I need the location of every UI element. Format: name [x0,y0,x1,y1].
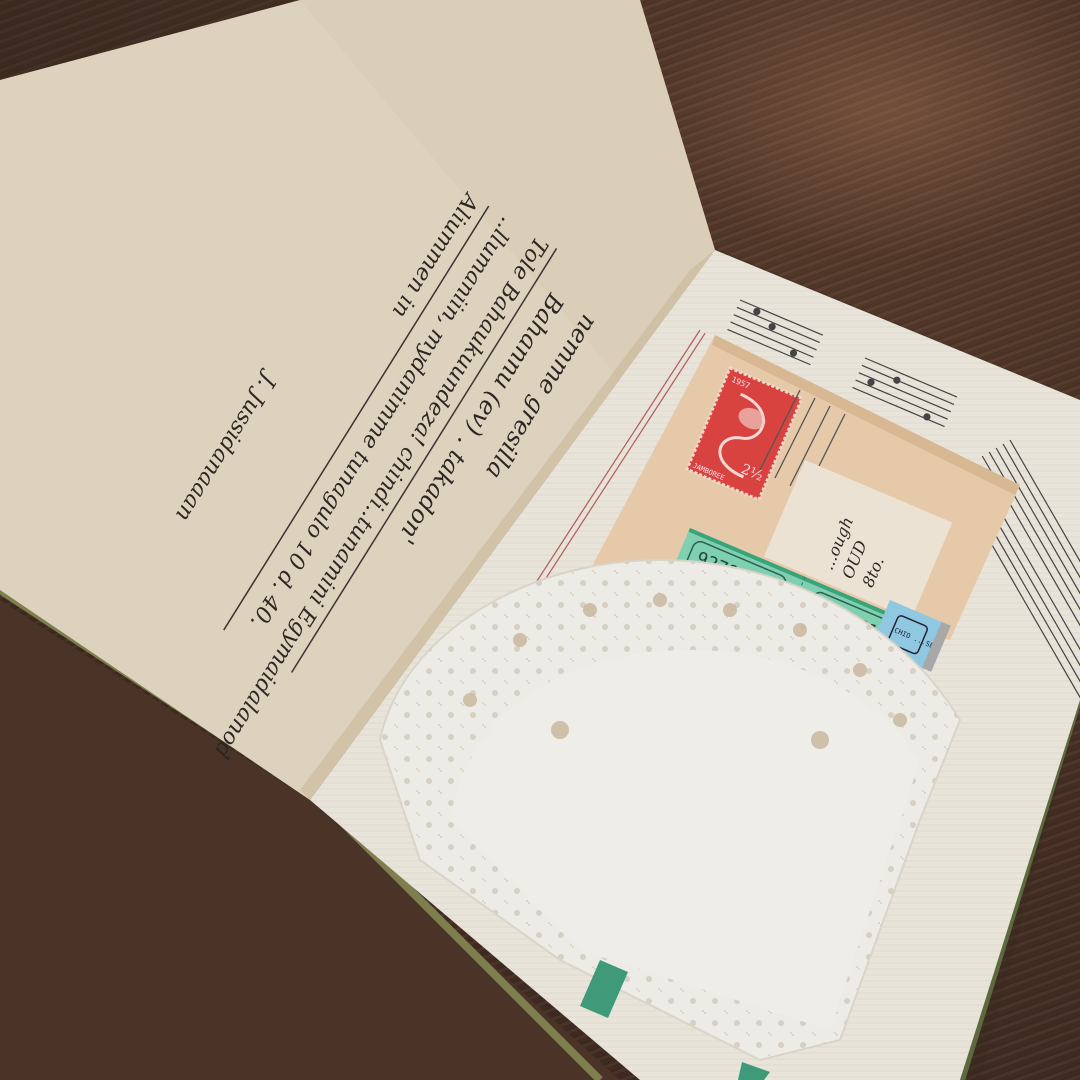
photo-scene: l. pl. ..eladi. nemme gresilla Bahannu (… [0,0,1080,1080]
journal-illustration: l. pl. ..eladi. nemme gresilla Bahannu (… [0,0,1080,1080]
